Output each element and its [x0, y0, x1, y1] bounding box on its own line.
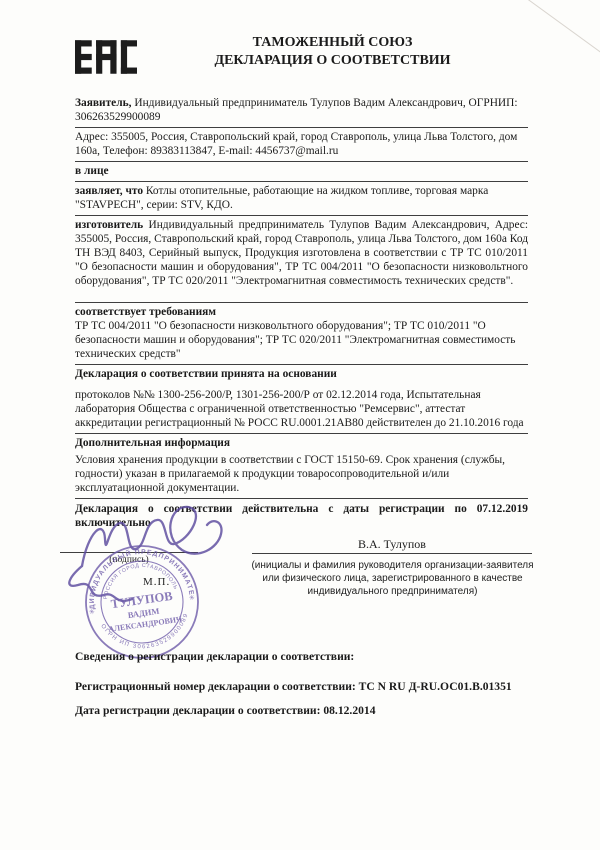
section-basis: Декларация о соответствии принята на осн… [75, 365, 528, 434]
meets-text: ТР ТС 004/2011 "О безопасности низковоль… [75, 319, 528, 361]
title-line-2: ДЕКЛАРАЦИЯ О СООТВЕТСТВИИ [137, 52, 528, 70]
declaration-document: ТАМОЖЕННЫЙ СОЮЗ ДЕКЛАРАЦИЯ О СООТВЕТСТВИ… [0, 0, 600, 850]
applicant-text: Индивидуальный предприниматель Тулупов В… [75, 97, 518, 123]
manufacturer-label: изготовитель [75, 219, 143, 231]
head-name-line [252, 553, 532, 554]
registration-date-label: Дата регистрации декларации о соответств… [75, 704, 323, 717]
address-text: Адрес: 355005, Россия, Ставропольский кр… [75, 130, 528, 158]
registration-date-value: 08.12.2014 [323, 704, 375, 717]
title-line-1: ТАМОЖЕННЫЙ СОЮЗ [137, 34, 528, 52]
stamp-decoration-left: ✳ [88, 608, 95, 617]
registration-number-value: ТС N RU Д-RU.ОС01.В.01351 [359, 680, 512, 693]
additional-heading: Дополнительная информация [75, 436, 528, 450]
in-person-label: в лице [75, 164, 528, 178]
section-applicant: Заявитель, Индивидуальный предпринимател… [75, 94, 528, 128]
document-header: ТАМОЖЕННЫЙ СОЮЗ ДЕКЛАРАЦИЯ О СООТВЕТСТВИ… [75, 30, 528, 84]
declares-label: заявляет, что [75, 185, 143, 197]
basis-text: протоколов №№ 1300-256-200/Р, 1301-256-2… [75, 388, 528, 430]
section-manufacturer: изготовитель Индивидуальный предпринимат… [75, 216, 528, 303]
head-name-caption: (инициалы и фамилия руководителя организ… [245, 559, 540, 598]
section-meets-requirements: соответствует требованиям ТР ТС 004/2011… [75, 303, 528, 365]
section-in-person: в лице [75, 162, 528, 182]
section-address: Адрес: 355005, Россия, Ставропольский кр… [75, 128, 528, 162]
head-name: В.А. Тулупов [252, 537, 532, 552]
registration-number-label: Регистрационный номер декларации о соотв… [75, 680, 359, 693]
meets-heading: соответствует требованиям [75, 305, 528, 319]
additional-text: Условия хранения продукции в соответстви… [75, 453, 528, 495]
stamp-decoration-right: ✳ [188, 594, 195, 603]
registration-heading: Сведения о регистрации декларации о соот… [75, 650, 545, 663]
section-additional-info: Дополнительная информация Условия хранен… [75, 434, 528, 499]
basis-heading: Декларация о соответствии принята на осн… [75, 367, 528, 381]
manufacturer-text: Индивидуальный предприниматель Тулупов В… [75, 219, 528, 287]
eac-mark-icon [75, 30, 137, 84]
applicant-label: Заявитель, [75, 97, 132, 109]
declaration-body: Заявитель, Индивидуальный предпринимател… [75, 94, 528, 533]
section-declares: заявляет, что Котлы отопительные, работа… [75, 182, 528, 216]
registration-block: Сведения о регистрации декларации о соот… [75, 650, 545, 717]
document-title: ТАМОЖЕННЫЙ СОЮЗ ДЕКЛАРАЦИЯ О СООТВЕТСТВИ… [137, 30, 528, 70]
